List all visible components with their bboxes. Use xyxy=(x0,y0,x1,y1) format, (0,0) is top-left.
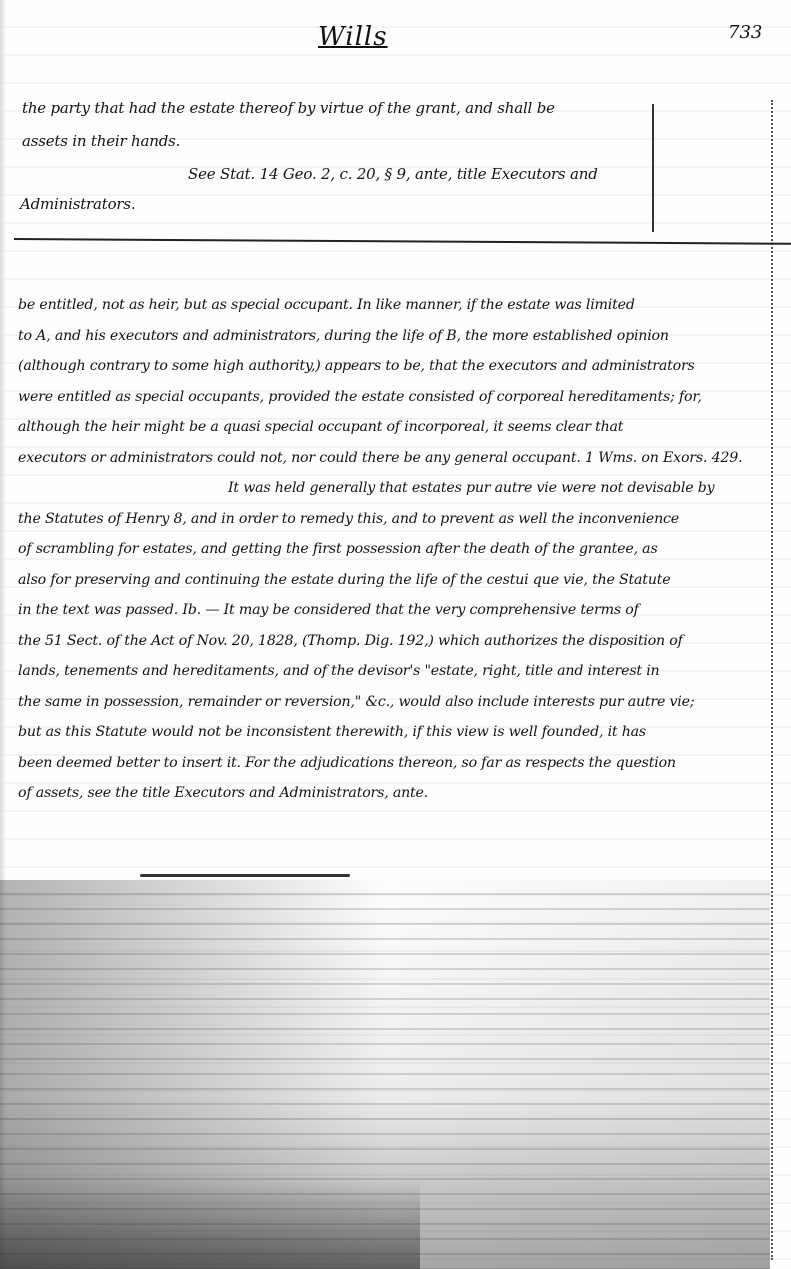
end-of-text-rule xyxy=(140,874,350,877)
scan-shadow xyxy=(0,1180,420,1269)
text-line-indented: It was held generally that estates pur a… xyxy=(18,473,768,504)
text-line: executors or administrators could not, n… xyxy=(18,443,768,474)
text-line: the 51 Sect. of the Act of Nov. 20, 1828… xyxy=(18,626,768,657)
margin-ruling xyxy=(652,104,654,232)
text-line: (although contrary to some high authorit… xyxy=(18,351,768,382)
text-line: the Statutes of Henry 8, and in order to… xyxy=(18,504,768,535)
carried-over-text: the party that had the estate thereof by… xyxy=(22,92,642,158)
text-line: of scrambling for estates, and getting t… xyxy=(18,534,768,565)
page-number: 733 xyxy=(728,22,762,43)
text-line: assets in their hands. xyxy=(22,125,642,158)
text-line: been deemed better to insert it. For the… xyxy=(18,748,768,779)
text-line: also for preserving and continuing the e… xyxy=(18,565,768,596)
document-page: Wills 733 the party that had the estate … xyxy=(0,0,791,1269)
text-line: but as this Statute would not be inconsi… xyxy=(18,717,768,748)
text-line: the same in possession, remainder or rev… xyxy=(18,687,768,718)
text-line: to A, and his executors and administrato… xyxy=(18,321,768,352)
statute-reference-continued: Administrators. xyxy=(20,188,135,221)
section-divider xyxy=(14,238,791,245)
right-margin-rule xyxy=(771,100,773,1260)
text-line: the party that had the estate thereof by… xyxy=(22,92,642,125)
text-line: although the heir might be a quasi speci… xyxy=(18,412,768,443)
text-line: of assets, see the title Executors and A… xyxy=(18,778,768,809)
annotation-body: be entitled, not as heir, but as special… xyxy=(18,290,768,809)
text-line: lands, tenements and hereditaments, and … xyxy=(18,656,768,687)
text-line: in the text was passed. Ib. — It may be … xyxy=(18,595,768,626)
text-line: be entitled, not as heir, but as special… xyxy=(18,290,768,321)
text-line: were entitled as special occupants, prov… xyxy=(18,382,768,413)
page-title: Wills xyxy=(318,22,388,52)
statute-reference: See Stat. 14 Geo. 2, c. 20, § 9, ante, t… xyxy=(188,158,598,191)
